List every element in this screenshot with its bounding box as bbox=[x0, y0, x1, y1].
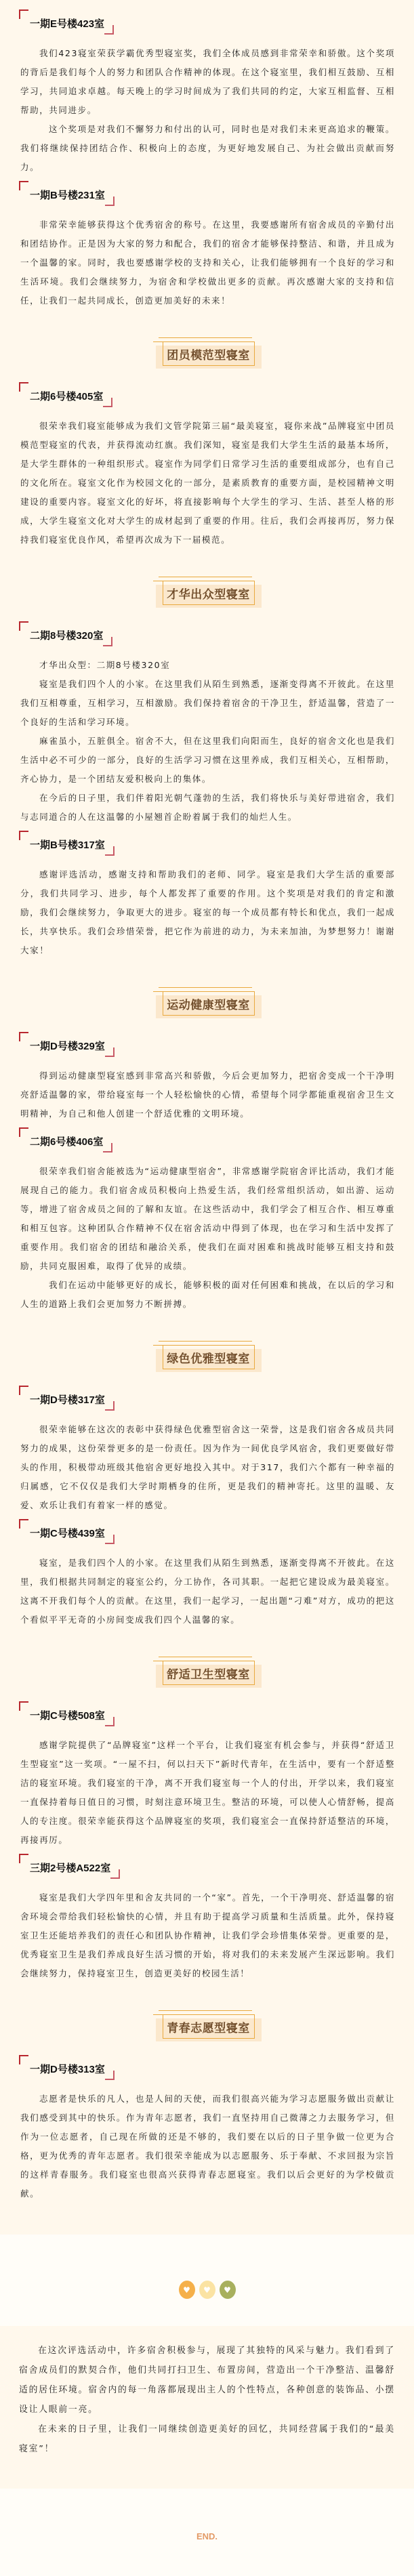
room-paragraph: 这个奖项是对我们不懈努力和付出的认可，同时也是对我们未来更高追求的鞭策。我们将继… bbox=[20, 120, 395, 177]
heart-divider: ♥♥♥ bbox=[0, 2272, 414, 2326]
room-paragraph: 寝室是我们四个人的小家。在这里我们从陌生到熟悉，逐渐变得离不开彼此。在这里我们互… bbox=[20, 675, 395, 732]
room-heading: 一期B号楼317室 bbox=[19, 831, 115, 856]
corner-bracket-icon bbox=[105, 1047, 115, 1057]
section-title-box: 青春志愿型寝室 bbox=[163, 2014, 255, 2039]
article-content: 一期E号楼423室我们423寝室荣获学霸优秀型寝室奖，我们全体成员感到非常荣幸和… bbox=[0, 0, 414, 2235]
summary-section: 在这次评选活动中，许多宿舍积极参与，展现了其独特的风采与魅力。我们看到了宿舍成员… bbox=[0, 2326, 414, 2489]
corner-bracket-icon bbox=[103, 637, 112, 646]
room-title: 二期6号楼405室 bbox=[30, 391, 103, 402]
section-title: 团员模范型寝室 bbox=[0, 337, 414, 370]
room-paragraph: 很荣幸能够在这次的表彰中获得绿色优雅型宿舍这一荣誉，这是我们宿舍各成员共同努力的… bbox=[20, 1420, 395, 1515]
room-paragraph: 我们在运动中能够更好的成长，能够积极的面对任何困难和挑战，在以后的学习和人生的道… bbox=[20, 1276, 395, 1314]
room-heading: 一期E号楼423室 bbox=[19, 9, 114, 35]
summary-paragraph: 在未来的日子里，让我们一同继续创造更美好的回忆，共同经营属于我们的“最美寝室”！ bbox=[19, 2419, 395, 2459]
room-title: 二期6号楼406室 bbox=[30, 1136, 103, 1148]
room-title: 二期8号楼320室 bbox=[30, 630, 103, 642]
room-title: 一期B号楼317室 bbox=[30, 839, 105, 851]
room-body: 感谢学院提供了“品牌寝室”这样一个平台，让我们寝室有机会参与，并获得“舒适卫生型… bbox=[19, 1736, 395, 1850]
corner-bracket-icon bbox=[19, 1701, 28, 1711]
room-paragraph: 寝室，是我们四个人的小家。在这里我们从陌生到熟悉，逐渐变得离不开彼此。在这里，我… bbox=[20, 1554, 395, 1629]
corner-bracket-icon bbox=[19, 1127, 28, 1137]
corner-bracket-icon bbox=[19, 2055, 28, 2064]
corner-bracket-icon bbox=[19, 1519, 28, 1529]
corner-bracket-icon bbox=[19, 382, 28, 392]
room-heading: 一期D号楼329室 bbox=[19, 1032, 115, 1057]
room-paragraph: 麻雀虽小，五脏俱全。宿舍不大，但在这里我们向阳而生，良好的宿舍文化也是我们生活中… bbox=[20, 732, 395, 789]
corner-bracket-icon bbox=[105, 846, 115, 856]
section-title-frame: 才华出众型寝室 bbox=[153, 577, 262, 609]
room-heading: 三期2号楼A522室 bbox=[19, 1854, 120, 1879]
room-heading: 一期B号楼231室 bbox=[19, 181, 115, 206]
room-paragraph: 感谢评选活动，感谢支持和帮助我们的老师、同学。寝室是我们大学生活的重要部分，我们… bbox=[20, 865, 395, 960]
section-title-box: 才华出众型寝室 bbox=[163, 581, 255, 605]
room-title: 三期2号楼A522室 bbox=[30, 1863, 110, 1874]
summary-paragraph: 在这次评选活动中，许多宿舍积极参与，展现了其独特的风采与魅力。我们看到了宿舍成员… bbox=[19, 2341, 395, 2419]
section-title-box: 舒适卫生型寝室 bbox=[163, 1661, 255, 1685]
room-body: 寝室是我们大学四年里和舍友共同的一个“家”。首先，一个干净明亮、舒适温馨的宿舍环… bbox=[19, 1888, 395, 1983]
section-title-frame: 绿色优雅型寝室 bbox=[153, 1341, 262, 1373]
section-title: 才华出众型寝室 bbox=[0, 577, 414, 609]
section-title-label: 运动健康型寝室 bbox=[167, 995, 250, 1012]
room-entry: 一期B号楼231室非常荣幸能够获得这个优秀宿舍的称号。在这里，我要感谢所有宿舍成… bbox=[0, 181, 414, 310]
section-title-box: 绿色优雅型寝室 bbox=[163, 1345, 255, 1369]
room-entry: 一期E号楼423室我们423寝室荣获学霸优秀型寝室奖，我们全体成员感到非常荣幸和… bbox=[0, 9, 414, 177]
room-entry: 二期8号楼320室才华出众型：二期8号楼320室寝室是我们四个人的小家。在这里我… bbox=[0, 621, 414, 827]
section-title: 运动健康型寝室 bbox=[0, 987, 414, 1020]
room-paragraph: 得到运动健康型寝室感到非常高兴和骄傲，今后会更加努力，把宿舍变成一个干净明亮舒适… bbox=[20, 1066, 395, 1123]
heart-icon: ♥ bbox=[199, 2281, 215, 2299]
section-title-frame: 青春志愿型寝室 bbox=[153, 2010, 262, 2043]
section-title-frame: 团员模范型寝室 bbox=[153, 337, 262, 370]
room-body: 感谢评选活动，感谢支持和帮助我们的老师、同学。寝室是我们大学生活的重要部分，我们… bbox=[19, 865, 395, 960]
corner-bracket-icon bbox=[103, 398, 112, 407]
room-heading: 一期D号楼317室 bbox=[19, 1386, 115, 1411]
footer: END. bbox=[0, 2489, 414, 2576]
room-body: 很荣幸我们宿舍能被选为“运动健康型宿舍”，非常感谢学院宿舍评比活动，我们才能展现… bbox=[19, 1162, 395, 1314]
room-body: 非常荣幸能够获得这个优秀宿舍的称号。在这里，我要感谢所有宿舍成员的辛勤付出和团结… bbox=[19, 215, 395, 310]
room-body: 很荣幸能够在这次的表彰中获得绿色优雅型宿舍这一荣誉，这是我们宿舍各成员共同努力的… bbox=[19, 1420, 395, 1515]
section-title-label: 绿色优雅型寝室 bbox=[167, 1349, 250, 1366]
corner-bracket-icon bbox=[19, 1032, 28, 1041]
section-title-label: 青春志愿型寝室 bbox=[167, 2018, 250, 2035]
corner-bracket-icon bbox=[105, 196, 115, 206]
corner-bracket-icon bbox=[104, 25, 114, 35]
decor-line bbox=[159, 577, 252, 577]
room-paragraph: 我们423寝室荣获学霸优秀型寝室奖，我们全体成员感到非常荣幸和骄傲。这个奖项的背… bbox=[20, 44, 395, 120]
end-label: END. bbox=[196, 2531, 218, 2541]
section-title: 舒适卫生型寝室 bbox=[0, 1657, 414, 1689]
section-title-label: 团员模范型寝室 bbox=[167, 346, 250, 362]
room-heading: 二期6号楼406室 bbox=[19, 1127, 112, 1152]
corner-bracket-icon bbox=[19, 1386, 28, 1395]
room-heading: 一期D号楼313室 bbox=[19, 2055, 115, 2080]
decor-line bbox=[159, 337, 252, 338]
room-paragraph: 很荣幸我们宿舍能被选为“运动健康型宿舍”，非常感谢学院宿舍评比活动，我们才能展现… bbox=[20, 1162, 395, 1276]
corner-bracket-icon bbox=[105, 2071, 115, 2080]
section-title-label: 才华出众型寝室 bbox=[167, 585, 250, 602]
section-title-box: 运动健康型寝室 bbox=[163, 991, 255, 1016]
room-heading: 一期C号楼508室 bbox=[19, 1701, 115, 1726]
room-body: 很荣幸我们寝室能够成为我们文管学院第三届“最美寝室，寝你来战”品牌寝室中团员模范… bbox=[19, 417, 395, 549]
room-paragraph: 很荣幸我们寝室能够成为我们文管学院第三届“最美寝室，寝你来战”品牌寝室中团员模范… bbox=[20, 417, 395, 549]
room-paragraph: 感谢学院提供了“品牌寝室”这样一个平台，让我们寝室有机会参与，并获得“舒适卫生型… bbox=[20, 1736, 395, 1850]
room-entry: 一期D号楼317室很荣幸能够在这次的表彰中获得绿色优雅型宿舍这一荣誉，这是我们宿… bbox=[0, 1386, 414, 1515]
room-entry: 三期2号楼A522室寝室是我们大学四年里和舍友共同的一个“家”。首先，一个干净明… bbox=[0, 1854, 414, 1983]
section-title: 青春志愿型寝室 bbox=[0, 2010, 414, 2043]
decor-line bbox=[159, 1657, 252, 1657]
room-title: 一期B号楼231室 bbox=[30, 190, 105, 201]
room-title: 一期D号楼313室 bbox=[30, 2064, 105, 2075]
room-entry: 一期D号楼313室志愿者是快乐的凡人，也是人间的天使，而我们很高兴能为学习志愿服… bbox=[0, 2055, 414, 2203]
room-paragraph: 在今后的日子里，我们伴着阳光朝气蓬勃的生活，我们将快乐与美好带进宿舍，我们与志同… bbox=[20, 789, 395, 827]
room-title: 一期D号楼329室 bbox=[30, 1041, 105, 1052]
corner-bracket-icon bbox=[105, 1535, 115, 1544]
decor-line bbox=[159, 987, 252, 988]
room-title: 一期C号楼439室 bbox=[30, 1528, 105, 1539]
corner-bracket-icon bbox=[19, 9, 28, 19]
corner-bracket-icon bbox=[19, 621, 28, 631]
corner-bracket-icon bbox=[19, 1854, 28, 1863]
room-paragraph: 非常荣幸能够获得这个优秀宿舍的称号。在这里，我要感谢所有宿舍成员的辛勤付出和团结… bbox=[20, 215, 395, 310]
room-title: 一期E号楼423室 bbox=[30, 18, 104, 30]
room-entry: 二期6号楼405室很荣幸我们寝室能够成为我们文管学院第三届“最美寝室，寝你来战”… bbox=[0, 382, 414, 549]
room-body: 志愿者是快乐的凡人，也是人间的天使，而我们很高兴能为学习志愿服务做出贡献让我们感… bbox=[19, 2090, 395, 2203]
room-heading: 一期C号楼439室 bbox=[19, 1519, 115, 1544]
room-entry: 一期C号楼508室感谢学院提供了“品牌寝室”这样一个平台，让我们寝室有机会参与，… bbox=[0, 1701, 414, 1850]
corner-bracket-icon bbox=[19, 181, 28, 190]
decor-line bbox=[159, 1341, 252, 1342]
corner-bracket-icon bbox=[110, 1869, 120, 1879]
corner-bracket-icon bbox=[19, 831, 28, 840]
decor-line bbox=[159, 2010, 252, 2011]
room-paragraph: 才华出众型：二期8号楼320室 bbox=[20, 656, 395, 675]
room-paragraph: 志愿者是快乐的凡人，也是人间的天使，而我们很高兴能为学习志愿服务做出贡献让我们感… bbox=[20, 2090, 395, 2203]
section-title: 绿色优雅型寝室 bbox=[0, 1341, 414, 1373]
room-paragraph: 寝室是我们大学四年里和舍友共同的一个“家”。首先，一个干净明亮、舒适温馨的宿舍环… bbox=[20, 1888, 395, 1983]
room-title: 一期D号楼317室 bbox=[30, 1394, 105, 1406]
room-body: 得到运动健康型寝室感到非常高兴和骄傲，今后会更加努力，把宿舍变成一个干净明亮舒适… bbox=[19, 1066, 395, 1123]
section-title-frame: 舒适卫生型寝室 bbox=[153, 1657, 262, 1689]
room-entry: 二期6号楼406室很荣幸我们宿舍能被选为“运动健康型宿舍”，非常感谢学院宿舍评比… bbox=[0, 1127, 414, 1314]
corner-bracket-icon bbox=[105, 1717, 115, 1726]
room-body: 才华出众型：二期8号楼320室寝室是我们四个人的小家。在这里我们从陌生到熟悉，逐… bbox=[19, 656, 395, 827]
section-title-label: 舒适卫生型寝室 bbox=[167, 1665, 250, 1682]
room-heading: 二期6号楼405室 bbox=[19, 382, 112, 407]
room-title: 一期C号楼508室 bbox=[30, 1710, 105, 1722]
corner-bracket-icon bbox=[103, 1143, 112, 1152]
corner-bracket-icon bbox=[105, 1401, 115, 1411]
heart-icon: ♥ bbox=[179, 2281, 195, 2299]
room-heading: 二期8号楼320室 bbox=[19, 621, 112, 646]
section-title-box: 团员模范型寝室 bbox=[163, 341, 255, 366]
room-entry: 一期C号楼439室寝室，是我们四个人的小家。在这里我们从陌生到熟悉，逐渐变得离不… bbox=[0, 1519, 414, 1629]
heart-icon: ♥ bbox=[220, 2281, 236, 2299]
section-title-frame: 运动健康型寝室 bbox=[153, 987, 262, 1020]
room-entry: 一期D号楼329室得到运动健康型寝室感到非常高兴和骄傲，今后会更加努力，把宿舍变… bbox=[0, 1032, 414, 1123]
room-body: 我们423寝室荣获学霸优秀型寝室奖，我们全体成员感到非常荣幸和骄傲。这个奖项的背… bbox=[19, 44, 395, 177]
room-body: 寝室，是我们四个人的小家。在这里我们从陌生到熟悉，逐渐变得离不开彼此。在这里，我… bbox=[19, 1554, 395, 1629]
room-entry: 一期B号楼317室感谢评选活动，感谢支持和帮助我们的老师、同学。寝室是我们大学生… bbox=[0, 831, 414, 960]
